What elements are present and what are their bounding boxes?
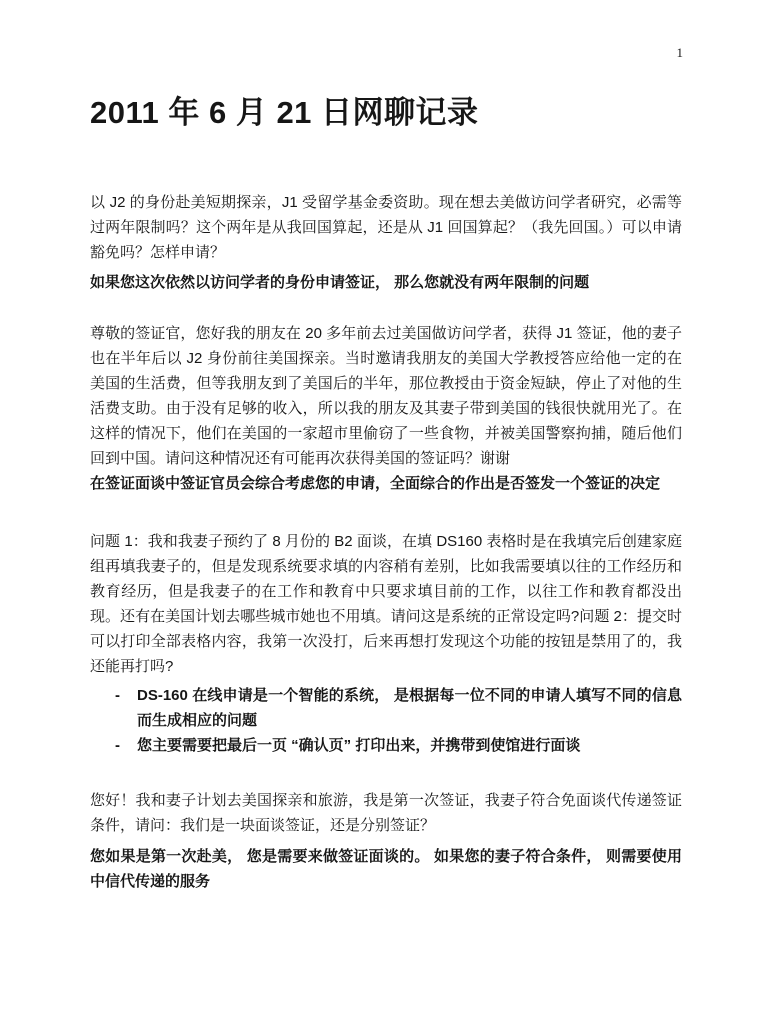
question-paragraph-2: 尊敬的签证官，您好我的朋友在 20 多年前去过美国做访问学者，获得 J1 签证，… (90, 321, 682, 471)
bullet-item-text: DS-160 在线申请是一个智能的系统， 是根据每一位不同的申请人填写不同的信息… (137, 683, 682, 733)
answer-bullet-list: - DS-160 在线申请是一个智能的系统， 是根据每一位不同的申请人填写不同的… (90, 683, 682, 758)
page-number: 1 (677, 45, 684, 61)
bullet-dash: - (115, 733, 137, 758)
document-page: 1 2011 年 6 月 21 日网聊记录 以 J2 的身份赴美短期探亲，J1 … (0, 0, 770, 1024)
bullet-item-text: 您主要需要把最后一页 “确认页” 打印出来，并携带到使馆进行面谈 (137, 733, 682, 758)
bullet-dash: - (115, 683, 137, 733)
document-title: 2011 年 6 月 21 日网聊记录 (90, 0, 682, 136)
question-paragraph-3: 问题 1：我和我妻子预约了 8 月份的 B2 面谈，在填 DS160 表格时是在… (90, 529, 682, 679)
question-paragraph-4: 您好！我和妻子计划去美国探亲和旅游，我是第一次签证，我妻子符合免面谈代传递签证条… (90, 788, 682, 838)
list-item: - DS-160 在线申请是一个智能的系统， 是根据每一位不同的申请人填写不同的… (90, 683, 682, 733)
answer-paragraph-4: 您如果是第一次赴美， 您是需要来做签证面谈的。 如果您的妻子符合条件， 则需要使… (90, 844, 682, 894)
question-paragraph-1: 以 J2 的身份赴美短期探亲，J1 受留学基金委资助。现在想去美做访问学者研究，… (90, 190, 682, 265)
answer-paragraph-2: 在签证面谈中签证官员会综合考虑您的申请，全面综合的作出是否签发一个签证的决定 (90, 471, 682, 496)
answer-paragraph-1: 如果您这次依然以访问学者的身份申请签证， 那么您就没有两年限制的问题 (90, 270, 682, 295)
document-body: 2011 年 6 月 21 日网聊记录 以 J2 的身份赴美短期探亲，J1 受留… (0, 0, 770, 894)
list-item: - 您主要需要把最后一页 “确认页” 打印出来，并携带到使馆进行面谈 (90, 733, 682, 758)
